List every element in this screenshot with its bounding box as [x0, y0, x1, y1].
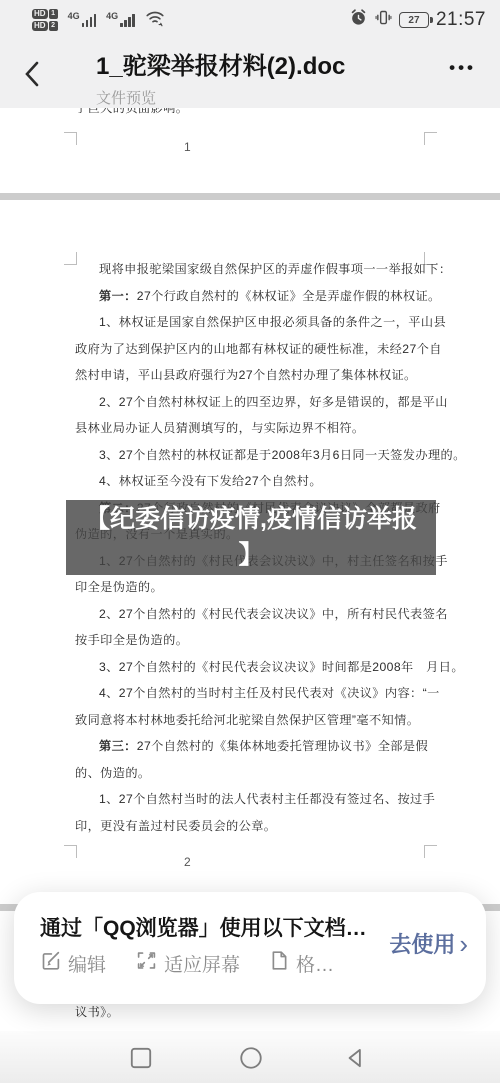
recents-square-icon	[128, 1045, 154, 1071]
doc-line: 第一：27个行政自然村的《林权证》全是弄虚作假的林权证。	[75, 283, 435, 310]
sheet-actions-row: 编辑 适应屏幕 格…	[40, 950, 334, 977]
doc-line: 3、27个自然村的林权证都是于2008年3月6日同一天签发办理的。	[75, 442, 435, 469]
qq-browser-bottom-sheet: 通过「QQ浏览器」使用以下文档… 编辑	[14, 892, 486, 1004]
watermark-overlay: 【纪委信访疫情,疫情信访举报 】	[66, 500, 436, 575]
more-options-icon[interactable]: •••	[449, 58, 476, 78]
hd1-icon: HD 1	[32, 9, 58, 19]
volte-hd-badges: HD 1 HD 2	[32, 9, 58, 31]
page1-bottom-right-mark	[424, 132, 437, 145]
hd1-label: HD	[32, 9, 48, 19]
page3-first-line: 议书》。	[75, 1003, 119, 1020]
doc-line: 印全是伪造的。	[75, 574, 435, 601]
signal-strength-icon-1: 4G	[68, 14, 97, 27]
doc-line: 1、林权证是国家自然保护区申报必须具备的条件之一，平山县	[75, 309, 435, 336]
signal-bars-1	[82, 14, 97, 27]
chevron-right-icon: ›	[459, 933, 468, 955]
doc-line: 2、27个自然村的《村民代表会议决议》中，所有村民代表签名	[75, 601, 435, 628]
header-titles: 1_驼梁举报材料(2).doc 文件预览	[96, 46, 416, 108]
page1-number: 1	[184, 140, 191, 154]
document-title: 1_驼梁举报材料(2).doc	[96, 46, 416, 81]
status-left-group: HD 1 HD 2 4G 4G	[32, 9, 165, 32]
doc-line: 印，更没有盖过村民委员会的公章。	[75, 813, 435, 840]
doc-line: 3、27个自然村的《村民代表会议决议》时间都是2008年 月日。	[75, 654, 435, 681]
status-bar: HD 1 HD 2 4G 4G	[0, 0, 500, 40]
doc-line: 4、林权证至今没有下发给27个自然村。	[75, 468, 435, 495]
clock-time: 21:57	[436, 9, 486, 31]
fit-screen-icon	[136, 950, 157, 977]
page1-bottom-left-mark	[64, 132, 77, 145]
vibrate-icon	[375, 8, 392, 32]
fit-screen-action-button[interactable]: 适应屏幕	[136, 950, 240, 977]
wifi-icon	[145, 9, 165, 32]
fit-screen-label: 适应屏幕	[164, 950, 240, 977]
battery-percent: 27	[408, 15, 419, 26]
back-button[interactable]	[16, 56, 48, 92]
page1-clipped-line: 了巨大的负面影响。	[75, 108, 188, 121]
doc-line: 县林业局办证人员猜测填写的，与实际边界不相符。	[75, 415, 435, 442]
page2-number: 2	[184, 855, 191, 869]
hd2-num: 2	[49, 21, 58, 31]
watermark-line1: 【纪委信访疫情,疫情信访举报	[66, 501, 436, 537]
go-use-button[interactable]: 去使用 ›	[389, 928, 468, 959]
edit-action-button[interactable]: 编辑	[40, 950, 106, 977]
format-action-button[interactable]: 格…	[270, 950, 334, 977]
hd2-label: HD	[32, 21, 48, 31]
recents-button[interactable]	[127, 1044, 155, 1072]
home-button[interactable]	[237, 1044, 265, 1072]
nav-back-button[interactable]	[341, 1044, 369, 1072]
go-use-label: 去使用	[389, 928, 455, 959]
top-chrome: HD 1 HD 2 4G 4G	[0, 0, 500, 108]
network-type-label-1: 4G	[68, 11, 80, 21]
network-type-label-2: 4G	[106, 11, 118, 21]
doc-line: 4、27个自然村的当时村主任及村民代表对《决议》内容：“一	[75, 680, 435, 707]
edit-icon	[40, 950, 61, 977]
signal-strength-icon-2: 4G	[106, 14, 135, 27]
hd1-num: 1	[49, 9, 58, 19]
watermark-line2: 】	[66, 537, 436, 573]
signal-bars-2	[120, 14, 135, 27]
battery-icon: 27	[399, 12, 429, 28]
sheet-title: 通过「QQ浏览器」使用以下文档…	[40, 912, 367, 942]
doc-line: 按手印全是伪造的。	[75, 627, 435, 654]
doc-line: 致同意将本村林地委托给河北驼梁自然保护区管理”毫不知情。	[75, 707, 435, 734]
page2-bottom-left-mark	[64, 845, 77, 858]
phone-screen: HD 1 HD 2 4G 4G	[0, 0, 500, 1083]
preview-mode-label: 文件预览	[96, 87, 416, 108]
hd2-icon: HD 2	[32, 21, 58, 31]
alarm-icon	[349, 8, 368, 32]
page2-bottom-right-mark	[424, 845, 437, 858]
doc-line: 2、27个自然村林权证上的四至边界，好多是错误的，都是平山	[75, 389, 435, 416]
format-label: 格…	[296, 950, 334, 977]
back-triangle-icon	[342, 1045, 368, 1071]
doc-line: 然村申请，平山县政府强行为27个自然村办理了集体林权证。	[75, 362, 435, 389]
status-right-group: 27 21:57	[349, 8, 486, 32]
doc-line: 第三：27个自然村的《集体林地委托管理协议书》全部是假	[75, 733, 435, 760]
edit-label: 编辑	[68, 950, 106, 977]
doc-line: 的、伪造的。	[75, 760, 435, 787]
file-preview-header: 1_驼梁举报材料(2).doc 文件预览 •••	[0, 40, 500, 108]
home-circle-icon	[238, 1045, 264, 1071]
back-chevron-icon	[21, 59, 43, 89]
page-separator-1	[0, 193, 500, 200]
doc-line: 政府为了达到保护区内的山地都有林权证的硬性标准，未经27个自	[75, 336, 435, 363]
document-icon	[270, 950, 289, 977]
doc-line: 现将申报驼梁国家级自然保护区的弄虚作假事项一一举报如下：	[75, 256, 435, 283]
doc-line: 1、27个自然村当时的法人代表村主任都没有签过名、按过手	[75, 786, 435, 813]
android-nav-bar	[0, 1031, 500, 1083]
